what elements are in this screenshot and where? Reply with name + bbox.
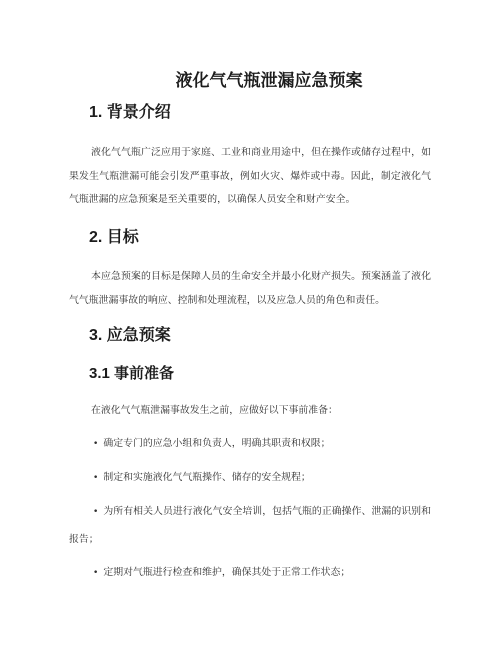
list-item: •为所有相关人员进行液化气安全培训，包括气瓶的正确操作、泄漏的识别和报告； xyxy=(69,498,431,553)
list-item-text: 确定专门的应急小组和负责人，明确其职责和权限； xyxy=(103,438,330,449)
list-item: •制定和实施液化气气瓶操作、储存的安全规程； xyxy=(69,464,431,492)
heading-preparation: 3.1 事前准备 xyxy=(89,365,431,383)
bullet-icon: • xyxy=(93,439,98,449)
heading-goal: 2. 目标 xyxy=(89,228,431,247)
bullet-icon: • xyxy=(93,568,98,578)
paragraph-goal: 本应急预案的目标是保障人员的生命安全并最小化财产损失。预案涵盖了液化气气瓶泄漏事… xyxy=(69,265,431,312)
list-item-text: 定期对气瓶进行检查和维护，确保其处于正常工作状态； xyxy=(103,567,350,578)
list-item-text: 为所有相关人员进行液化气安全培训，包括气瓶的正确操作、泄漏的识别和报告； xyxy=(69,506,431,545)
bullet-icon: • xyxy=(93,473,98,483)
document-page: 液化气气瓶泄漏应急预案 1. 背景介绍 液化气气瓶广泛应用于家庭、工业和商业用途… xyxy=(0,0,500,647)
list-item: •确定专门的应急小组和负责人，明确其职责和权限； xyxy=(69,430,431,458)
paragraph-preparation-intro: 在液化气气瓶泄漏事故发生之前，应做好以下事前准备： xyxy=(69,399,431,423)
list-item: •定期对气瓶进行检查和维护，确保其处于正常工作状态； xyxy=(69,559,431,587)
heading-plan: 3. 应急预案 xyxy=(89,326,431,345)
document-title: 液化气气瓶泄漏应急预案 xyxy=(69,71,431,91)
list-item-text: 制定和实施液化气气瓶操作、储存的安全规程； xyxy=(103,472,310,483)
paragraph-background: 液化气气瓶广泛应用于家庭、工业和商业用途中，但在操作或储存过程中，如果发生气瓶泄… xyxy=(69,141,431,212)
preparation-list: •确定专门的应急小组和负责人，明确其职责和权限； •制定和实施液化气气瓶操作、储… xyxy=(69,430,431,587)
heading-background: 1. 背景介绍 xyxy=(89,103,431,122)
bullet-icon: • xyxy=(93,507,98,517)
